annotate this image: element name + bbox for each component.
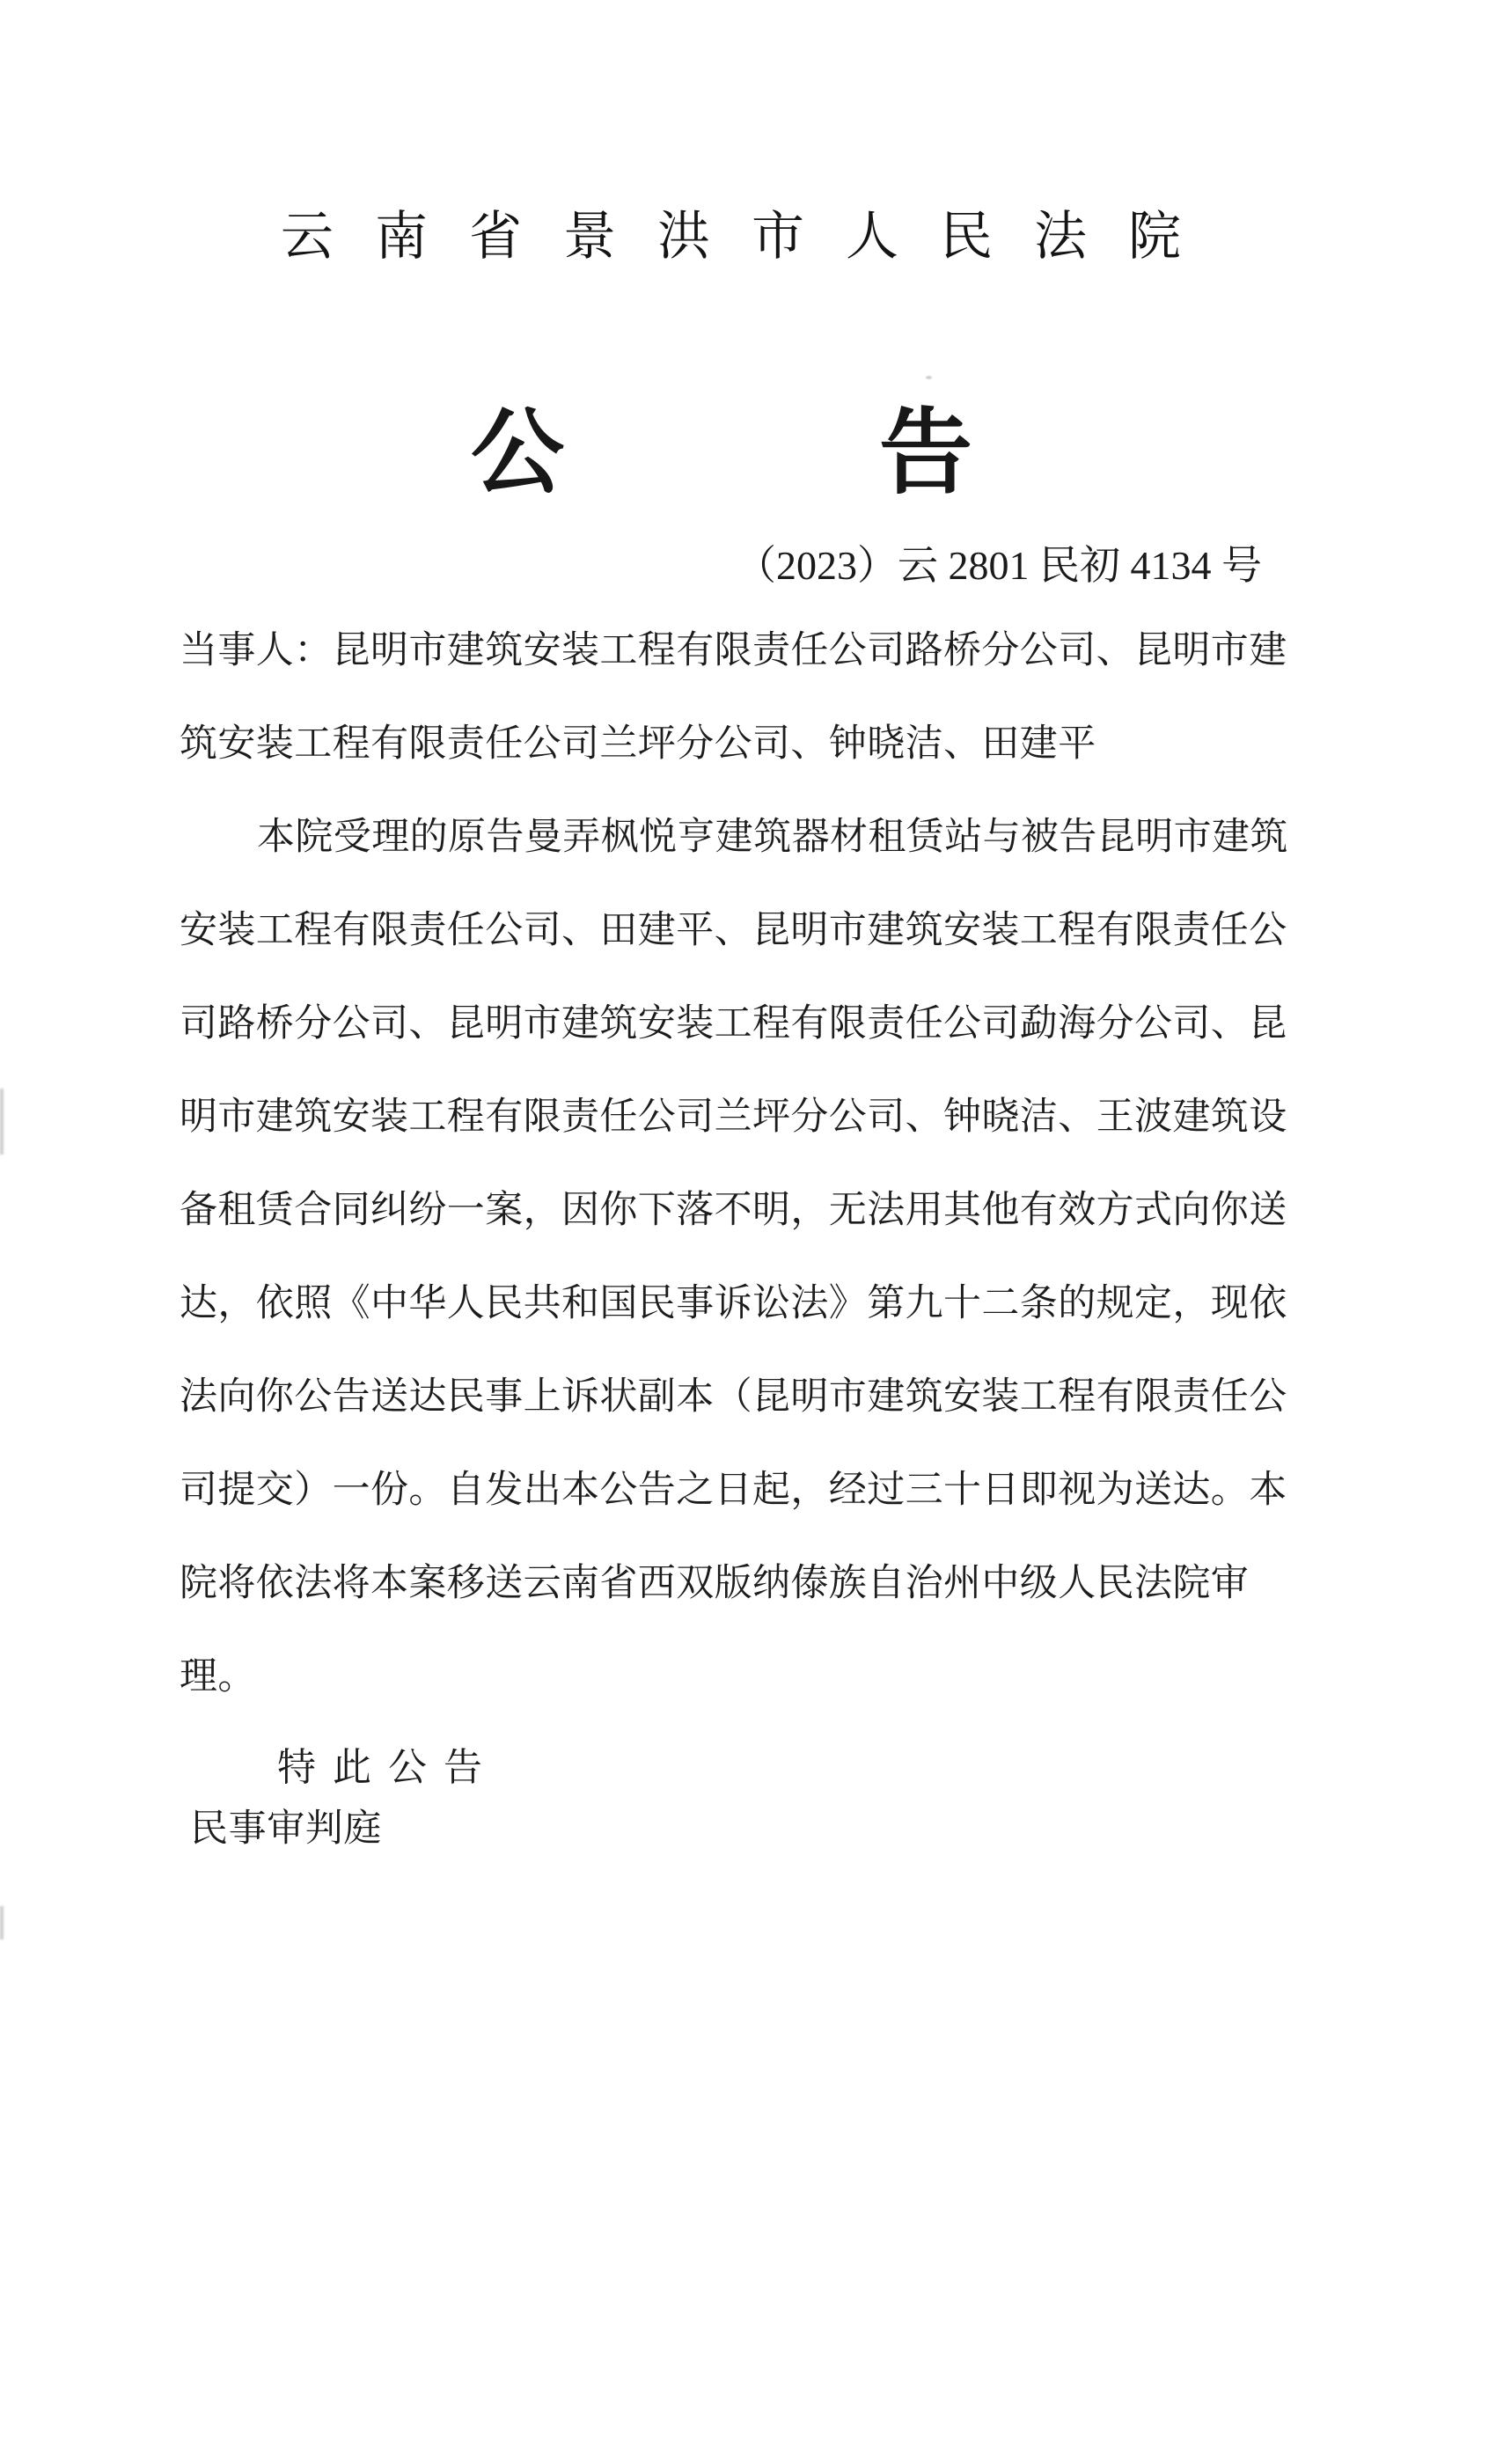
scanned-court-announcement-page: { "page": { "background_color": "#ffffff… bbox=[0, 0, 1496, 2464]
notice-line: 本院受理的原告曼弄枫悦亨建筑器材租赁站与被告昆明市建筑 bbox=[257, 807, 1288, 861]
announcement-title-char-1: 公 bbox=[471, 378, 564, 512]
party-line: 当事人：昆明市建筑安装工程有限责任公司路桥分公司、昆明市建 bbox=[180, 620, 1287, 674]
notice-line: 备租赁合同纠纷一案，因你下落不明，无法用其他有效方式向你送 bbox=[180, 1180, 1287, 1234]
notice-line: 院将依法将本案移送云南省西双版纳傣族自治州中级人民法院审 bbox=[180, 1553, 1249, 1607]
notice-line: 明市建筑安装工程有限责任公司兰坪分公司、钟晓洁、王波建筑设 bbox=[180, 1087, 1287, 1140]
notice-line: 司路桥分公司、昆明市建筑安装工程有限责任公司勐海分公司、昆 bbox=[180, 994, 1287, 1047]
court-name-heading: 云南省景洪市人民法院 bbox=[281, 194, 1222, 270]
announcement-title-char-2: 告 bbox=[879, 378, 972, 512]
announcement-title: 公 告 bbox=[471, 378, 972, 512]
scan-artifact-dot bbox=[926, 376, 932, 379]
department-line: 民事审判庭 bbox=[190, 1799, 382, 1852]
scan-artifact-streak bbox=[0, 1906, 4, 1940]
notice-line: 安装工程有限责任公司、田建平、昆明市建筑安装工程有限责任公 bbox=[180, 900, 1287, 954]
notice-line: 理。 bbox=[180, 1646, 256, 1700]
notice-line: 达，依照《中华人民共和国民事诉讼法》第九十二条的规定，现依 bbox=[180, 1273, 1287, 1327]
notice-line: 法向你公告送达民事上诉状副本（昆明市建筑安装工程有限责任公 bbox=[180, 1367, 1287, 1420]
notice-line: 司提交）一份。自发出本公告之日起，经过三十日即视为送达。本 bbox=[180, 1460, 1287, 1514]
case-number: （2023）云 2801 民初 4134 号 bbox=[736, 533, 1262, 591]
scan-artifact-streak bbox=[0, 1089, 4, 1155]
closing-line: 特此公告 bbox=[277, 1735, 499, 1792]
party-line: 筑安装工程有限责任公司兰坪分公司、钟晓洁、田建平 bbox=[180, 714, 1096, 767]
